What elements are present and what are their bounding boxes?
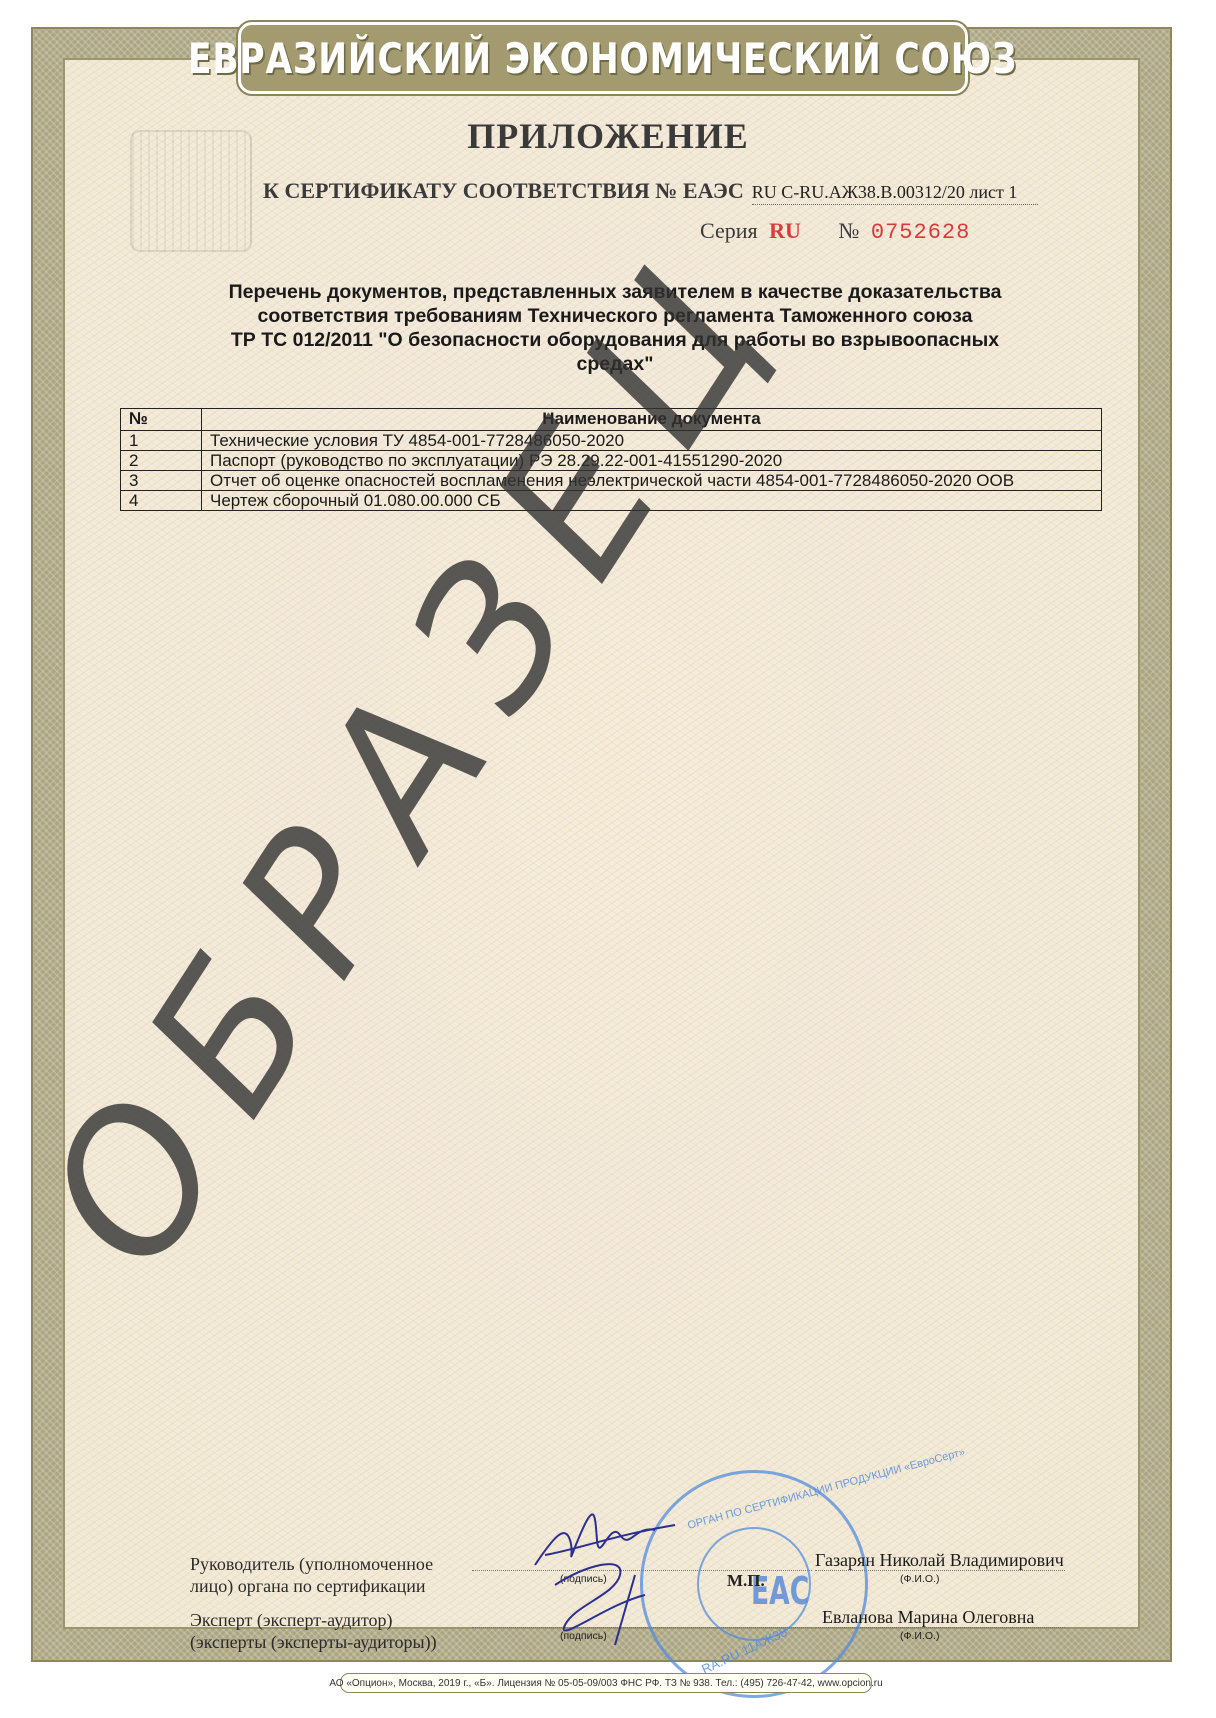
fio-caption: (Ф.И.О.): [900, 1573, 939, 1585]
sample-watermark: ОБРАЗЕЦ: [0, 0, 1216, 1718]
printer-footer: АО «Опцион», Москва, 2019 г., «Б». Лицен…: [340, 1673, 872, 1693]
expert-label-line: (эксперты (эксперты-аудиторы)): [190, 1631, 437, 1653]
expert-label: Эксперт (эксперт-аудитор) (эксперты (экс…: [190, 1609, 437, 1653]
signature-icon: [525, 1495, 685, 1655]
head-label: Руководитель (уполномоченное лицо) орган…: [190, 1553, 433, 1597]
head-name: Газарян Николай Владимирович: [815, 1550, 1064, 1571]
fio-caption: (Ф.И.О.): [900, 1630, 939, 1642]
footer-text: АО «Опцион», Москва, 2019 г., «Б». Лицен…: [329, 1678, 882, 1689]
watermark-text: ОБРАЗЕЦ: [2, 195, 830, 1305]
head-label-line: лицо) органа по сертификации: [190, 1575, 433, 1597]
expert-label-line: Эксперт (эксперт-аудитор): [190, 1609, 437, 1631]
seal-label: М.П.: [727, 1571, 765, 1591]
head-label-line: Руководитель (уполномоченное: [190, 1553, 433, 1575]
expert-name: Евланова Марина Олеговна: [822, 1607, 1034, 1628]
